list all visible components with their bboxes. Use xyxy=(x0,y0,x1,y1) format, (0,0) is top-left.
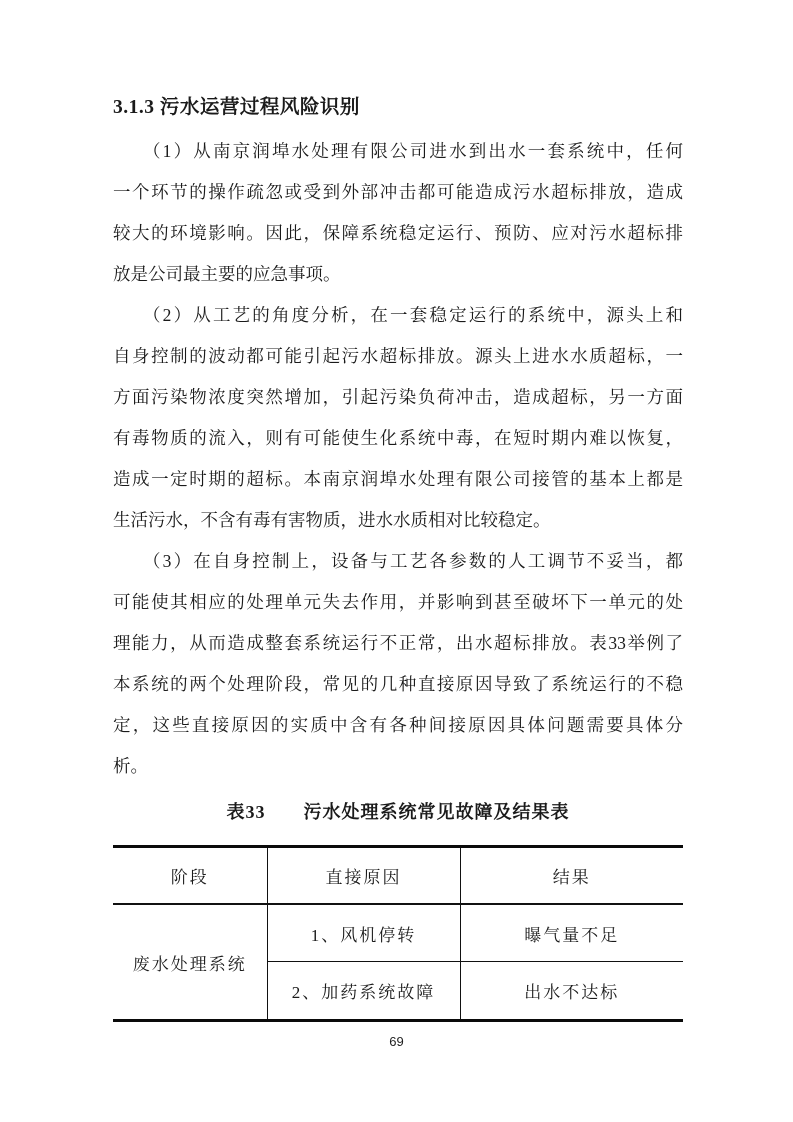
text-line: 方面污染物浓度突然增加，引起污染负荷冲击，造成超标，另一方面 xyxy=(113,377,683,418)
text-line: 理能力，从而造成整套系统运行不正常，出水超标排放。表33举例了 xyxy=(113,623,683,664)
section-heading: 3.1.3 污水运营过程风险识别 xyxy=(113,94,683,122)
text-line: （2）从工艺的角度分析，在一套稳定运行的系统中，源头上和 xyxy=(113,295,683,336)
table-header-row: 阶段 直接原因 结果 xyxy=(113,847,683,905)
text-line: 本系统的两个处理阶段，常见的几种直接原因导致了系统运行的不稳 xyxy=(113,664,683,705)
paragraph-2: （2）从工艺的角度分析，在一套稳定运行的系统中，源头上和 自身控制的波动都可能引… xyxy=(113,295,683,541)
text-line: 造成一定时期的超标。本南京润埠水处理有限公司接管的基本上都是 xyxy=(113,459,683,500)
text-line: （3）在自身控制上，设备与工艺各参数的人工调节不妥当，都 xyxy=(113,541,683,582)
table-cell-cause: 1、风机停转 xyxy=(267,904,460,962)
text-line: 较大的环境影响。因此，保障系统稳定运行、预防、应对污水超标排 xyxy=(113,213,683,254)
document-page: { "page": { "heading": "3.1.3 污水运营过程风险识别… xyxy=(0,0,793,1122)
table-caption: 表33 污水处理系统常见故障及结果表 xyxy=(113,792,683,833)
paragraph-1: （1）从南京润埠水处理有限公司进水到出水一套系统中，任何 一个环节的操作疏忽或受… xyxy=(113,131,683,295)
table-cell-result: 出水不达标 xyxy=(460,962,683,1021)
table-cell-cause: 2、加药系统故障 xyxy=(267,962,460,1021)
table-cell-stage: 废水处理系统 xyxy=(113,904,267,1021)
page-number: 69 xyxy=(0,1034,793,1049)
table-header-cell-result: 结果 xyxy=(460,847,683,905)
text-line: 生活污水，不含有毒有害物质，进水水质相对比较稳定。 xyxy=(113,500,683,541)
fault-table: 阶段 直接原因 结果 废水处理系统 1、风机停转 曝气量不足 2、加药系统故障 … xyxy=(113,845,683,1022)
text-line: 可能使其相应的处理单元失去作用，并影响到甚至破坏下一单元的处 xyxy=(113,582,683,623)
page-content: 3.1.3 污水运营过程风险识别 （1）从南京润埠水处理有限公司进水到出水一套系… xyxy=(113,94,683,1022)
table-cell-result: 曝气量不足 xyxy=(460,904,683,962)
text-line: 定，这些直接原因的实质中含有各种间接原因具体问题需要具体分 xyxy=(113,705,683,746)
text-line: 析。 xyxy=(113,746,683,787)
text-line: （1）从南京润埠水处理有限公司进水到出水一套系统中，任何 xyxy=(113,131,683,172)
text-line: 自身控制的波动都可能引起污水超标排放。源头上进水水质超标，一 xyxy=(113,336,683,377)
text-line: 放是公司最主要的应急事项。 xyxy=(113,254,683,295)
table-header-cell-stage: 阶段 xyxy=(113,847,267,905)
paragraph-3: （3）在自身控制上，设备与工艺各参数的人工调节不妥当，都 可能使其相应的处理单元… xyxy=(113,541,683,787)
text-line: 一个环节的操作疏忽或受到外部冲击都可能造成污水超标排放，造成 xyxy=(113,172,683,213)
table-row: 废水处理系统 1、风机停转 曝气量不足 xyxy=(113,904,683,962)
table-header-cell-cause: 直接原因 xyxy=(267,847,460,905)
text-line: 有毒物质的流入，则有可能使生化系统中毒，在短时期内难以恢复， xyxy=(113,418,683,459)
